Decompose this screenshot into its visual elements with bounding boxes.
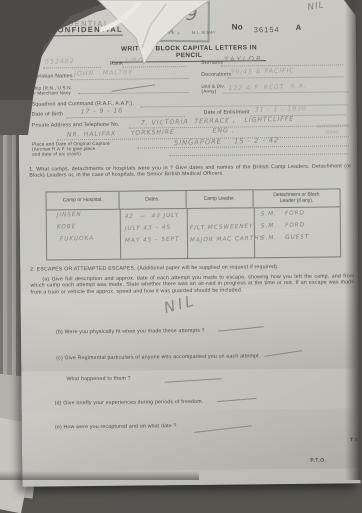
camp-entry: JINSEN xyxy=(57,212,82,219)
pencil-dash xyxy=(264,350,302,357)
table-column-line xyxy=(254,208,256,257)
serial-number: 36154 xyxy=(254,25,280,34)
field-label-capture-3: and date of a/c crash). xyxy=(32,151,82,157)
treasury-tag xyxy=(70,0,230,80)
dates-entry: JULY 43 – 45 xyxy=(125,225,171,232)
table-column-line xyxy=(187,209,189,258)
dotted-line xyxy=(141,103,349,107)
question-2d: (d) Give briefly your experiences during… xyxy=(55,399,204,407)
page-edge-shadow xyxy=(345,0,362,480)
camp-entry: FUKUOKA xyxy=(60,236,94,243)
serial-no-label: No xyxy=(232,24,243,31)
question-2e: (e) How were you recaptured and on what … xyxy=(55,423,177,431)
pto-note: P.T.O. xyxy=(310,458,326,464)
dates-entry: MAY 45 – SEPT xyxy=(125,237,180,245)
table-header-camp: Camp or Hospital. xyxy=(46,192,119,210)
dotted-line xyxy=(221,63,343,66)
question-2c: (c) Give Regimental particulars of anyon… xyxy=(56,353,260,362)
field-value-decorations: 39/45 & PACIFIC xyxy=(230,67,295,76)
table-column-line xyxy=(120,210,122,259)
table-header-leader: Camp Leader. xyxy=(186,190,253,208)
dotted-line xyxy=(137,144,349,148)
table-body: JINSEN 42 — 43 JULY S.M. FORD KOBE JULY … xyxy=(47,207,340,259)
table-header-dates: Dates. xyxy=(120,191,187,209)
section-2-heading: 2. ESCAPES OR ATTEMPTED ESCAPES. (Additi… xyxy=(30,263,352,273)
dotted-line xyxy=(169,152,349,156)
page-edge-shadow xyxy=(0,471,199,480)
nil-annotation: NIL xyxy=(307,0,326,13)
question-1: 1. What camps, detachments or hospitals … xyxy=(29,163,351,179)
field-label-date-of-enlistment: Date of Enlistment xyxy=(204,109,250,116)
question-2c-followup: What happened to them ? xyxy=(66,376,130,383)
dotted-line xyxy=(227,75,343,78)
photo-background: CONFIDENTIAL B.L NO 5 B.A. 9 M.I. 9/JAP/… xyxy=(0,0,362,480)
question-2b: (b) Were you physically fit when you mad… xyxy=(56,328,205,336)
dotted-line xyxy=(223,90,348,93)
camps-table: Camp or Hospital. Dates. Camp Leader. De… xyxy=(45,188,341,260)
camp-leader-entry: MAJOR MAC CARTHY xyxy=(190,236,264,244)
pencil-dash xyxy=(164,378,221,383)
dates-entry: 42 — 43 JULY xyxy=(125,213,180,221)
serial-suffix: A xyxy=(296,25,302,31)
table-header-block: Detachment or Block Leader (if any). xyxy=(253,189,339,207)
field-label-unit-2: (Army) xyxy=(201,89,216,94)
block-leader-entry: S.M. FORD xyxy=(261,222,305,229)
pencil-dash xyxy=(217,398,257,403)
field-value-phone-2: (6048) xyxy=(325,129,340,134)
block-leader-entry: S.M. GUEST xyxy=(261,234,309,241)
camp-leader-entry: F/LT MCSWEENEY xyxy=(190,224,254,232)
pencil-dash xyxy=(194,425,252,433)
block-leader-entry: S.M. FORD xyxy=(261,210,305,217)
pencil-dash xyxy=(218,326,264,332)
field-value-date-of-enlistment: 31 - 1 - 1930 xyxy=(255,105,307,113)
camp-entry: KOBE xyxy=(57,224,77,231)
nil-answer: NIL xyxy=(162,291,198,317)
